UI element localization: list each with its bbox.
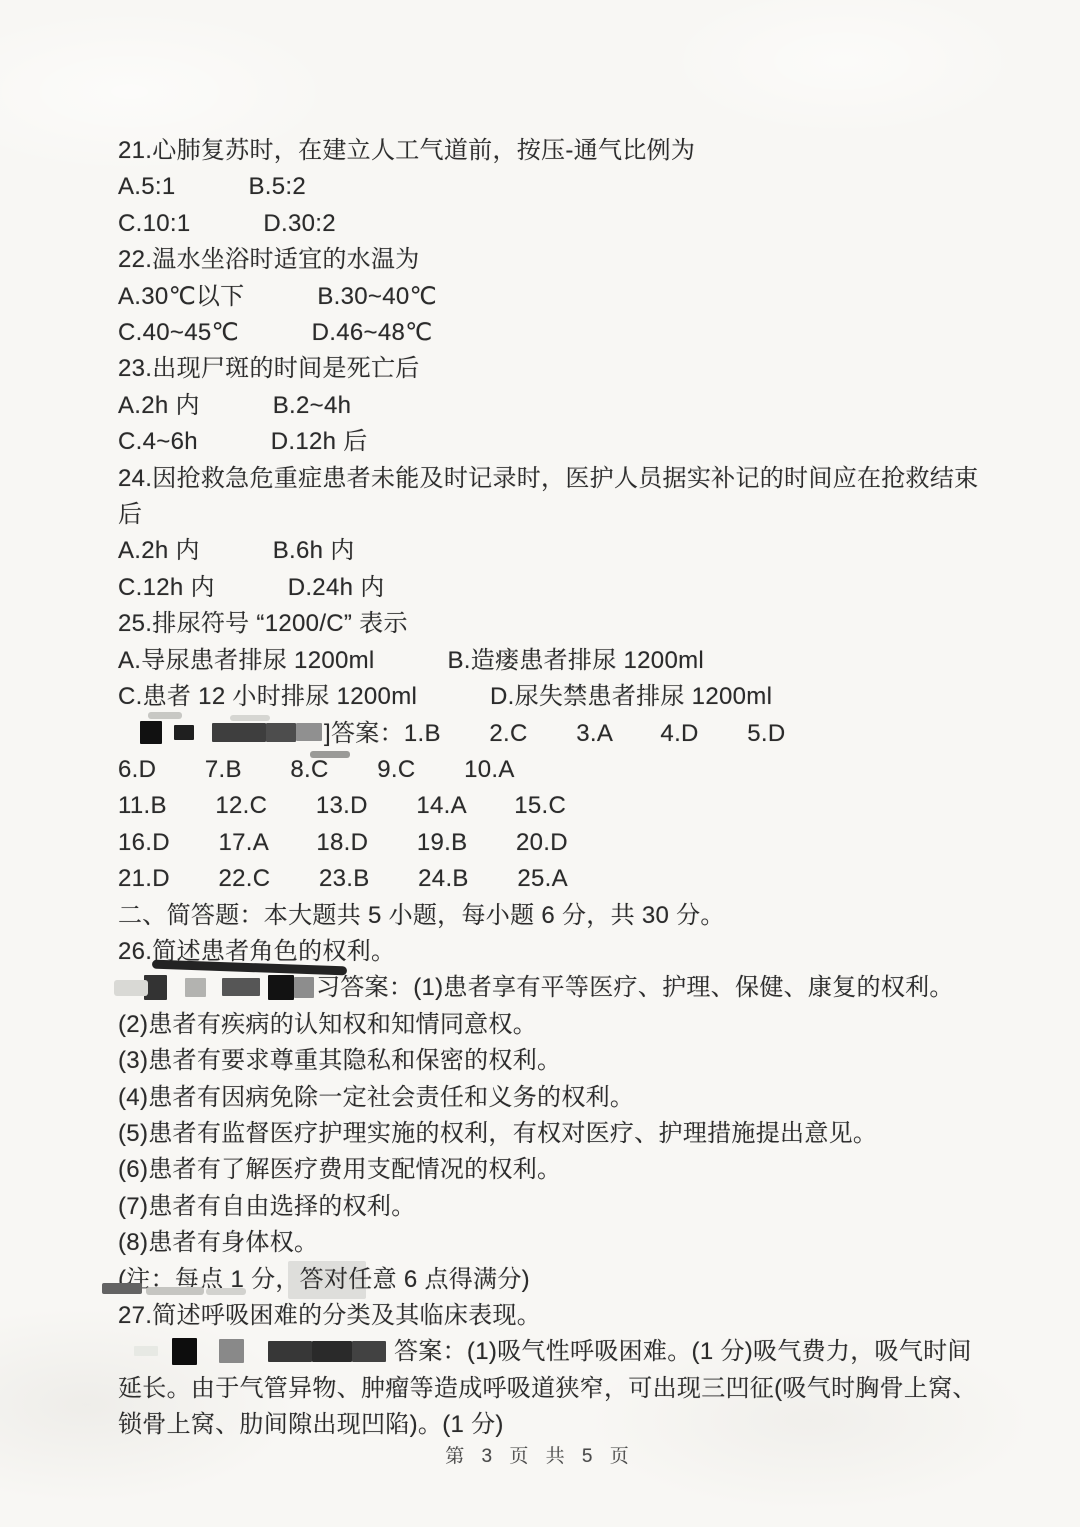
- redaction-block: [185, 978, 206, 997]
- mcq-answers-16-20-text: 16.D 17.A 18.D 19.B 20.D: [118, 829, 568, 856]
- line-q23-options-cd: C.4~6h D.12h 后: [118, 424, 990, 460]
- q26-answer-point-8-text: (8)患者有身体权。: [118, 1229, 318, 1256]
- redaction-block: [268, 975, 294, 1000]
- line-q23-options-ab: A.2h 内 B.2~4h: [118, 388, 990, 424]
- line-q26-answer-point-3: (3)患者有要求尊重其隐私和保密的权利。: [118, 1043, 990, 1079]
- q26-answer-point-6-text: (6)患者有了解医疗费用支配情况的权利。: [118, 1156, 561, 1183]
- line-q26-scoring-note: (注：每点 1 分，答对任意 6 点得满分): [118, 1262, 990, 1298]
- line-question-27: 27.简述呼吸困难的分类及其临床表现。: [118, 1298, 990, 1334]
- redaction-block: [140, 721, 162, 744]
- q21-options-ab-text: A.5:1 B.5:2: [118, 173, 306, 200]
- q26-answer-point-2-text: (2)患者有疾病的认知权和知情同意权。: [118, 1011, 537, 1038]
- line-question-26: 26.简述患者角色的权利。: [118, 934, 990, 970]
- line-q24-options-ab: A.2h 内 B.6h 内: [118, 533, 990, 569]
- q24-options-ab-text: A.2h 内 B.6h 内: [118, 537, 355, 564]
- line-mcq-answers-6-10: 6.D 7.B 8.C 9.C 10.A: [118, 752, 990, 788]
- line-q21-options-cd: C.10:1 D.30:2: [118, 206, 990, 242]
- q26-answer-point-7-text: (7)患者有自由选择的权利。: [118, 1193, 416, 1220]
- redaction-block: [174, 725, 194, 740]
- mcq-answers-1-5-text: ]答案：1.B 2.C 3.A 4.D 5.D: [324, 720, 786, 747]
- q25-options-ab-text: A.导尿患者排尿 1200ml B.造瘘患者排尿 1200ml: [118, 647, 704, 674]
- page-footer: 第 3 页 共 5 页: [0, 1441, 1080, 1468]
- question-27-text: 27.简述呼吸困难的分类及其临床表现。: [118, 1302, 541, 1329]
- mcq-answers-11-15-text: 11.B 12.C 13.D 14.A 15.C: [118, 792, 566, 819]
- mcq-answers-6-10-text: 6.D 7.B 8.C 9.C 10.A: [118, 756, 515, 783]
- line-q26-answer-point-1: 习答案：(1)患者享有平等医疗、护理、保健、康复的权利。: [118, 970, 990, 1006]
- line-q22-options-cd: C.40~45℃ D.46~48℃: [118, 315, 990, 351]
- question-21-text: 21.心肺复苏时，在建立人工气道前，按压-通气比例为: [118, 137, 695, 164]
- redaction-block: [212, 723, 266, 742]
- line-q26-answer-point-2: (2)患者有疾病的认知权和知情同意权。: [118, 1007, 990, 1043]
- q22-options-cd-text: C.40~45℃ D.46~48℃: [118, 319, 432, 346]
- q26-answer-point-3-text: (3)患者有要求尊重其隐私和保密的权利。: [118, 1047, 561, 1074]
- q21-options-cd-text: C.10:1 D.30:2: [118, 210, 336, 237]
- redaction-block: [222, 978, 260, 996]
- line-question-25: 25.排尿符号 “1200/C” 表示: [118, 606, 990, 642]
- q26-answer-point-4-text: (4)患者有因病免除一定社会责任和义务的权利。: [118, 1084, 634, 1111]
- redaction-block: [219, 1339, 244, 1363]
- redaction-block: [172, 1338, 197, 1365]
- line-question-23: 23.出现尸斑的时间是死亡后: [118, 351, 990, 387]
- q23-options-ab-text: A.2h 内 B.2~4h: [118, 392, 351, 419]
- line-mcq-answers-21-25: 21.D 22.C 23.B 24.B 25.A: [118, 861, 990, 897]
- exam-content: 21.心肺复苏时，在建立人工气道前，按压-通气比例为A.5:1 B.5:2C.1…: [118, 133, 990, 1444]
- line-question-24: 24.因抢救急危重症患者未能及时记录时，医护人员据实补记的时间应在抢救结束后: [118, 461, 990, 534]
- line-q25-options-cd: C.患者 12 小时排尿 1200ml D.尿失禁患者排尿 1200ml: [118, 679, 990, 715]
- line-q26-answer-point-7: (7)患者有自由选择的权利。: [118, 1189, 990, 1225]
- line-q26-answer-point-6: (6)患者有了解医疗费用支配情况的权利。: [118, 1152, 990, 1188]
- q27-answer-text: 答案：(1)吸气性呼吸困难。(1 分)吸气费力，吸气时间延长。由于气管异物、肿瘤…: [118, 1338, 977, 1438]
- q23-options-cd-text: C.4~6h D.12h 后: [118, 428, 368, 455]
- line-q26-answer-point-8: (8)患者有身体权。: [118, 1225, 990, 1261]
- line-question-22: 22.温水坐浴时适宜的水温为: [118, 242, 990, 278]
- q24-options-cd-text: C.12h 内 D.24h 内: [118, 574, 385, 601]
- q25-options-cd-text: C.患者 12 小时排尿 1200ml D.尿失禁患者排尿 1200ml: [118, 683, 772, 710]
- line-mcq-answers-16-20: 16.D 17.A 18.D 19.B 20.D: [118, 825, 990, 861]
- line-q25-options-ab: A.导尿患者排尿 1200ml B.造瘘患者排尿 1200ml: [118, 643, 990, 679]
- question-24-text: 24.因抢救急危重症患者未能及时记录时，医护人员据实补记的时间应在抢救结束后: [118, 465, 978, 528]
- question-23-text: 23.出现尸斑的时间是死亡后: [118, 355, 420, 382]
- redaction-block: [294, 977, 314, 998]
- line-mcq-answers-1-5: ]答案：1.B 2.C 3.A 4.D 5.D: [118, 716, 990, 752]
- question-25-text: 25.排尿符号 “1200/C” 表示: [118, 610, 408, 637]
- line-q21-options-ab: A.5:1 B.5:2: [118, 169, 990, 205]
- q26-answer-point-5-text: (5)患者有监督医疗护理实施的权利，有权对医疗、护理措施提出意见。: [118, 1120, 877, 1147]
- q22-options-ab-text: A.30℃以下 B.30~40℃: [118, 283, 437, 310]
- line-question-21: 21.心肺复苏时，在建立人工气道前，按压-通气比例为: [118, 133, 990, 169]
- exam-page-scan: 21.心肺复苏时，在建立人工气道前，按压-通气比例为A.5:1 B.5:2C.1…: [0, 0, 1080, 1527]
- redaction-block: [144, 975, 167, 1000]
- redaction-block: [312, 1341, 352, 1362]
- q26-answer-point-1-text: 习答案：(1)患者享有平等医疗、护理、保健、康复的权利。: [316, 974, 954, 1001]
- q26-scoring-note-text: (注：每点 1 分，答对任意 6 点得满分): [118, 1266, 530, 1293]
- redaction-block: [266, 723, 296, 742]
- redaction-block: [134, 1346, 158, 1356]
- section-2-header-text: 二、简答题：本大题共 5 小题，每小题 6 分，共 30 分。: [118, 902, 725, 929]
- line-q24-options-cd: C.12h 内 D.24h 内: [118, 570, 990, 606]
- mcq-answers-21-25-text: 21.D 22.C 23.B 24.B 25.A: [118, 865, 568, 892]
- redaction-block: [268, 1341, 312, 1362]
- line-q26-answer-point-5: (5)患者有监督医疗护理实施的权利，有权对医疗、护理措施提出意见。: [118, 1116, 990, 1152]
- line-q22-options-ab: A.30℃以下 B.30~40℃: [118, 279, 990, 315]
- redaction-block: [296, 723, 322, 741]
- line-section-2-header: 二、简答题：本大题共 5 小题，每小题 6 分，共 30 分。: [118, 898, 990, 934]
- line-q27-answer: 答案：(1)吸气性呼吸困难。(1 分)吸气费力，吸气时间延长。由于气管异物、肿瘤…: [118, 1334, 990, 1443]
- redaction-block: [352, 1341, 386, 1362]
- question-22-text: 22.温水坐浴时适宜的水温为: [118, 246, 420, 273]
- line-q26-answer-point-4: (4)患者有因病免除一定社会责任和义务的权利。: [118, 1080, 990, 1116]
- question-26-text: 26.简述患者角色的权利。: [118, 938, 395, 965]
- line-mcq-answers-11-15: 11.B 12.C 13.D 14.A 15.C: [118, 788, 990, 824]
